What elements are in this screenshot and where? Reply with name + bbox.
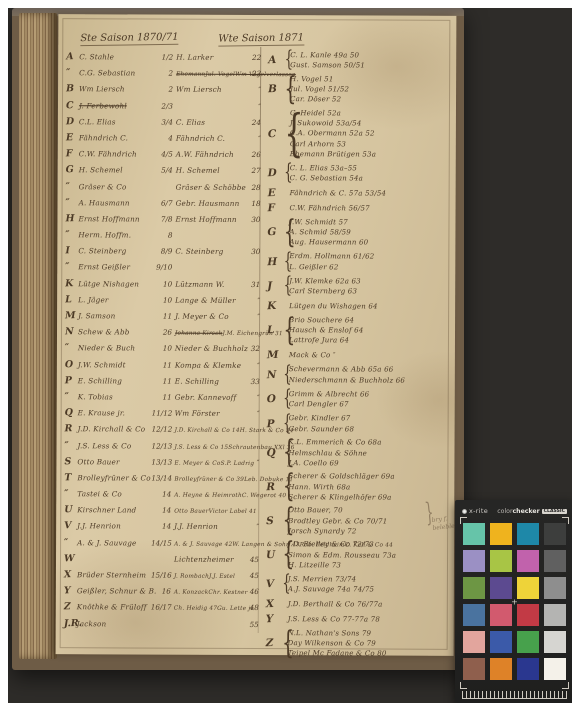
entry-1871-72: Brodtley Gebr. & Co 70/71 [288, 516, 448, 527]
entry-1871-72: K.L. Emmerich & Co 68a [289, 437, 449, 448]
color-patch [490, 523, 512, 545]
group-letter: J [267, 280, 282, 292]
color-patch [544, 577, 566, 599]
ledger-row: QE. Krause jr.11/12Wm Förster″ [65, 408, 257, 425]
entry-name-1870: L. Jäger [78, 295, 152, 304]
entry-num-1871: 27 [246, 166, 261, 175]
brace-icon: { [283, 364, 287, 386]
ledger-group: A{C. L. Kanle 49a 50Gust. Samson 50/51 [268, 49, 450, 72]
entry-1871-72: J.D. Rielley & Co 72/73 [288, 539, 448, 550]
entry-subline: Victor Label 41 [209, 509, 257, 515]
ledger-row: SOtto Bauer13/13E. Meyer & CoS.P. Ladrig… [64, 457, 256, 474]
season-title-right: Wte Saison 1871 [219, 32, 305, 46]
ledger-row: YGeißler, Schnur & B.16A. KonzackChr. Ke… [64, 586, 256, 603]
xrite-logo: x-rite [462, 507, 488, 515]
entry-num-1871: 55 [244, 620, 259, 629]
color-patch [490, 577, 512, 599]
entry-1871-72: C. G. Sebastian 54a [290, 173, 450, 184]
ledger-row: FC.W. Fähndrich4/5A.W. Fähndrich26 [66, 149, 258, 166]
ledger-row: LL. Jäger10Lange & Müller″ [65, 295, 257, 312]
entry-1871-72: Helmschlau & Söhne [288, 448, 448, 459]
group-entries: Schevermann & Abb 65a 66Niederschmann & … [289, 364, 449, 386]
group-letter: S [266, 515, 281, 527]
color-patch [517, 550, 539, 572]
ledger-row: ″Tastei & Co14A. Heyne & HeimrothC. Wege… [64, 489, 256, 506]
colorchecker-header: x-rite colorcheckerCLASSIC [455, 500, 572, 519]
entry-num-1870: 10 [152, 279, 175, 288]
brace-icon: { [284, 108, 288, 159]
group-letter: B [268, 83, 283, 95]
group-entries: J.D. Rielley & Co 72/73Simon & Edm. Rous… [288, 539, 448, 571]
entry-num-1870: 14 [151, 506, 174, 515]
entry-num-1870: 11 [152, 312, 175, 321]
entry-name-1871: Brolleyfrüner & Co 39Leb. Dobuke 11 [174, 474, 244, 484]
entry-name-1871: A. Heyne & HeimrothC. Wegerot 40 [174, 490, 244, 500]
ledger-row: ″Herm. Hoffm.8 [65, 230, 257, 247]
group-entries: J.D. Berthall & Co 76/77a [288, 599, 448, 610]
entry-1871-72: Aug. Hausermann 60 [289, 238, 449, 249]
row-letter: L [65, 295, 78, 304]
entry-subline: J.D. Kirchall & Co 14 [175, 428, 240, 434]
ledger-group: O{Grimm & Albrecht 66Carl Dengler 67 [267, 388, 449, 411]
entry-1871-72: Erdm. Hollmann 61/62 [289, 251, 449, 262]
row-letter: T [64, 473, 77, 482]
brace-icon: { [282, 628, 286, 660]
row-letter: G [66, 165, 79, 174]
entry-1871-72: J.S. Less & Co 77-77a 78 [288, 614, 448, 625]
book-page-edges [19, 13, 57, 659]
xrite-logo-icon [462, 509, 467, 514]
row-letter: K [65, 279, 78, 288]
entry-num-1870: 11 [152, 376, 175, 385]
ledger-group: E{Fähndrich & C. 57a 53/54 [268, 187, 450, 200]
entry-1871-72: Simon & Edm. Rousseau 73a [288, 550, 448, 561]
entry-subline: J.S. Less & Co 15 [174, 444, 228, 450]
entry-name-1871: Kompa & Klemke [175, 360, 245, 369]
row-letter: E [66, 133, 79, 142]
row-letter: R [64, 424, 77, 433]
ledger-row: ″Nieder & Buch10Nieder & Buchholz32 [65, 344, 257, 361]
classic-badge: CLASSIC [542, 509, 567, 514]
entry-num-1871: ″ [245, 361, 260, 370]
entry-num-1871: 28 [246, 182, 261, 191]
brace-icon: { [283, 437, 287, 469]
entry-1871-72: A. Schmid 58/59 [289, 227, 449, 238]
color-patch [517, 658, 539, 680]
ledger-group: D{C. L. Elias 53a–55C. G. Sebastian 54a [268, 162, 450, 185]
ledger-book: Ste Saison 1870/71 Wte Saison 1871 AC. S… [12, 8, 464, 670]
ledger-row: ZKnöthke & Früloff16/17Ch. Heidig 47Gu. … [64, 603, 256, 620]
entry-1871-72: G. Heidel 52a [290, 108, 450, 119]
ledger-group: J{J.W. Klemke 62a 63Carl Sternberg 63 [267, 275, 449, 298]
entry-name-1871: Gebr. Kannevoff [175, 393, 245, 402]
ledger-group: M{Mack & Co ″ [267, 349, 449, 362]
entry-name-1870: Tastei & Co [77, 489, 151, 498]
entry-name-1870: Lütge Nishagen [78, 279, 152, 288]
row-letter: V [64, 521, 77, 530]
row-letter: ″ [65, 343, 78, 352]
ledger-row: XBrüder Sternheim15/16J. RombachJ.J. Est… [64, 570, 256, 587]
ledger-row: UKirschner Land14Otto BauerVictor Label … [64, 505, 256, 522]
entry-1871-72: N.L. Nathan's Sons 79 [288, 628, 448, 639]
entry-name-1870: Ernst Geißler [78, 263, 152, 272]
entry-name-1870: Jackson [77, 619, 151, 628]
entry-subline: A. Konzack [174, 590, 209, 596]
entry-name-1871: Lützmann W. [175, 279, 245, 288]
row-letter: U [64, 505, 77, 514]
entry-name-1871: C. Steinberg [175, 247, 245, 256]
group-entries: J.W. Schmidt 57A. Schmid 58/59Aug. Hause… [289, 217, 449, 249]
group-letter: D [268, 167, 283, 179]
entry-1871-72: Day Wilkenson & Co 79 [288, 638, 448, 649]
margin-note: } bry f. beleble [431, 515, 455, 533]
center-cross-mark: + [511, 597, 518, 606]
color-patch [544, 658, 566, 680]
entry-1871-72: Scherer & Goldschläger 69a [288, 471, 448, 482]
ledger-group: C{G. Heidel 52aJ. Sukowoid 53a/54C.A. Ob… [268, 108, 450, 161]
ledger-row: PE. Schilling11E. Schilling33 [65, 376, 257, 393]
entry-num-1870: 10 [152, 295, 175, 304]
entry-1871-72: Brio Souchere 64 [289, 315, 449, 326]
entry-num-1871: ″ [245, 409, 260, 418]
group-letter: U [266, 549, 281, 561]
row-letter: S [64, 457, 77, 466]
color-patch [544, 523, 566, 545]
color-patch [463, 523, 485, 545]
entry-name-1871: Ch. Heidig 47Gu. Lette jr. [174, 603, 244, 613]
group-letter: Z [265, 637, 280, 649]
entry-name-1870: C. Steinberg [78, 246, 152, 255]
entry-name-1870: Schew & Abb [78, 327, 152, 336]
crop-mark-icon [562, 682, 569, 689]
brace-icon: { [283, 315, 287, 347]
entry-num-1870: 12/12 [152, 425, 175, 434]
group-entries: C. L. Elias 53a–55C. G. Sebastian 54a [290, 163, 450, 185]
entry-subline: Ehemann [176, 72, 205, 78]
entry-num-1871: ″ [246, 134, 261, 143]
entry-name-1871: A. & J. Sauvage 42W. Langen & Sohn 43Rob… [174, 538, 244, 548]
entry-1871-72: Lütgen du Wishagen 64 [289, 301, 449, 312]
row-letter: I [65, 246, 78, 255]
entry-1871-72: Jul. Vogel 51/52 [290, 84, 450, 95]
colorchecker-wordmark: colorcheckerCLASSIC [497, 508, 567, 515]
entry-name-1870: Fähndrich C. [79, 133, 153, 142]
entry-name-1871: Lange & Müller [175, 295, 245, 304]
entry-num-1870: 2 [153, 85, 176, 94]
entry-num-1871: ″ [245, 296, 260, 305]
entry-num-1871: 32 [245, 344, 260, 353]
entry-num-1870: 11 [152, 392, 175, 401]
group-letter: M [267, 349, 282, 361]
entry-num-1871: 45 [244, 571, 259, 580]
row-letter: ″ [65, 392, 78, 401]
entry-num-1870: 11/12 [152, 409, 175, 418]
entry-name-1870: Kirschner Land [77, 505, 151, 514]
colorchecker-card: x-rite colorcheckerCLASSIC + [455, 500, 572, 703]
entry-name-1871: Wm Liersch [176, 85, 246, 94]
entry-num-1871: 23 [246, 69, 261, 78]
group-letter: P [266, 417, 281, 429]
entry-subline: J.J. Estel [209, 574, 235, 580]
group-entries: C.W. Fähndrich 56/57 [290, 203, 450, 214]
entry-name-1870: E. Krause jr. [78, 408, 152, 417]
color-patch [463, 577, 485, 599]
row-letter: F [66, 149, 79, 158]
entry-num-1871: 26 [246, 150, 261, 159]
ledger-row: ″Ernst Geißler9/10 [65, 263, 257, 280]
entry-name-1870: E. Schilling [78, 376, 152, 385]
entry-1871-72: H. Litzeille 73 [288, 560, 448, 571]
entry-name-1870: Brüder Sternheim [77, 570, 151, 579]
group-entries: Gebr. Kindler 67Gebr. Saunder 68 [289, 413, 449, 435]
entry-subline: J. Rombach [174, 574, 209, 580]
ledger-group: Q{K.L. Emmerich & Co 68aHelmschlau & Söh… [266, 437, 448, 469]
color-patch [490, 631, 512, 653]
row-letter: B [66, 84, 79, 93]
group-entries: Brio Souchere 64Hausch & Enslof 64Lattro… [289, 315, 449, 347]
entry-1871-72: J.D. Berthall & Co 76/77a [288, 599, 448, 610]
row-letter: ″ [66, 181, 79, 190]
entry-name-1870: A. Hausmann [79, 198, 153, 207]
entry-subline: E. Meyer & Co [174, 460, 220, 466]
group-entries: K.L. Emmerich & Co 68aHelmschlau & Söhne… [288, 437, 448, 469]
ledger-row: BWm Liersch2Wm Liersch″ [66, 85, 258, 102]
ledger-group: U{J.D. Rielley & Co 72/73Simon & Edm. Ro… [266, 539, 448, 571]
brace-icon: { [283, 505, 287, 537]
entry-1871-72: Teipel Mc Fadane & Co 80 [288, 649, 448, 660]
entry-num-1871: ″ [244, 522, 259, 531]
row-letter: ″ [64, 440, 77, 449]
brace-icon: { [284, 162, 288, 184]
row-letter: C [66, 101, 79, 110]
row-letter: ″ [64, 489, 77, 498]
entry-subline: A. Heyne & Heimroth [174, 493, 242, 499]
ledger-group: H{Erdm. Hollmann 61/62L. Geißler 62 [267, 251, 449, 274]
ledger-row: MJ. Samson11J. Meyer & Co″ [65, 311, 257, 328]
entry-num-1870: 1/2 [153, 53, 176, 62]
entry-name-1870: Geißler, Schnur & B. [77, 586, 151, 595]
row-letter: P [65, 376, 78, 385]
entry-1871-72: J.W. Schmidt 57 [289, 217, 449, 228]
entry-num-1871: 18 [246, 199, 261, 208]
entry-num-1870: 11 [152, 360, 175, 369]
brace-icon: { [284, 275, 288, 297]
entry-name-1870: J.S. Less & Co [77, 441, 151, 450]
entry-num-1870: 26 [152, 328, 175, 337]
ledger-row: GH. Schemel5/4H. Schemel27 [66, 165, 258, 182]
entry-name-1870: J. Ferbewohl [79, 101, 153, 110]
entry-num-1871: 22 [246, 53, 261, 62]
entry-name-1871: EhemannJul. VogelWm Vogelverlassen [176, 69, 246, 79]
ledger-row: WLichtenzheimer45 [64, 554, 256, 571]
entry-num-1871: 46 [244, 587, 259, 596]
season-1870-71-column: AC. Stahle1/2H. Larker22″C.G. Sebastian2… [64, 52, 259, 636]
entry-num-1871: 33 [245, 377, 260, 386]
entry-num-1871: 24 [246, 118, 261, 127]
entry-1871-72: Car. Döser 52 [290, 95, 450, 106]
entry-num-1871: 31 [245, 280, 260, 289]
ledger-row: IC. Steinberg8/9C. Steinberg30 [65, 246, 257, 263]
entry-name-1870: Herm. Hoffm. [78, 230, 152, 239]
entry-1871-72: H. Vogel 51 [290, 74, 450, 85]
entry-name-1870: J.J. Henrion [77, 522, 151, 531]
row-letter: N [65, 327, 78, 336]
entry-num-1870: 16/17 [151, 603, 174, 612]
color-patch-grid: + [455, 523, 572, 680]
entry-name-1870: J.W. Schmidt [78, 360, 152, 369]
entry-num-1871: 30 [245, 215, 260, 224]
entry-1871-72: Hausch & Enslof 64 [289, 325, 449, 336]
color-patch [544, 604, 566, 626]
brace-icon: { [283, 471, 287, 503]
entry-num-1870: 8/9 [152, 247, 175, 256]
row-letter: H [65, 214, 78, 223]
photo-background: Ste Saison 1870/71 Wte Saison 1871 AC. S… [8, 8, 572, 703]
entry-subline: Chr. Kestner [208, 590, 247, 596]
entry-name-1871: Johanna KirschJ.M. Eichengrün 31 [175, 328, 245, 338]
entry-num-1870: 2/3 [153, 101, 176, 110]
entry-subline: A. & J. Sauvage 42 [174, 541, 232, 547]
entry-num-1870: 3/4 [153, 117, 176, 126]
entry-num-1870: 13/13 [151, 457, 174, 466]
entry-name-1870: Knöthke & Früloff [77, 603, 151, 612]
entry-name-1871: H. Schemel [176, 166, 246, 175]
row-letter: O [65, 360, 78, 369]
entry-name-1871: E. Schilling [175, 376, 245, 385]
group-entries: J.S. Merrien 73/74A.J. Sauvage 74a 74/75 [288, 574, 448, 596]
row-letter: Z [64, 602, 77, 611]
row-letter: ″ [64, 538, 77, 547]
entry-name-1871: Fähndrich C. [176, 134, 246, 143]
group-letter: R [266, 481, 281, 493]
entry-name-1871: H. Larker [176, 53, 246, 62]
entry-name-1871: J.S. Less & Co 15Schrautenbau XXl 36 [174, 441, 244, 451]
entry-name-1871: Otto BauerVictor Label 41 [174, 506, 244, 516]
ledger-row: NSchew & Abb26Johanna KirschJ.M. Eicheng… [65, 327, 257, 344]
entry-num-1870: 2 [153, 69, 176, 78]
entry-1871-72: J.S. Merrien 73/74 [288, 574, 448, 585]
entry-num-1871: ″ [245, 393, 260, 402]
color-patch [517, 631, 539, 653]
entry-1871-72: C.A. Obermann 52a 52 [290, 128, 450, 139]
entry-name-1871: J.J. Henrion [174, 522, 244, 531]
entry-num-1871: ″ [245, 312, 260, 321]
entry-num-1871: 30 [245, 247, 260, 256]
color-patch [517, 523, 539, 545]
entry-num-1871: ″ [246, 102, 261, 111]
entry-name-1870: C.W. Fähndrich [79, 149, 153, 158]
entry-name-1871: C. Elias [176, 117, 246, 126]
entry-1871-72: Niederschmann & Buchholz 66 [289, 375, 449, 386]
group-letter: H [267, 255, 282, 267]
entry-num-1870: 4 [153, 133, 176, 142]
ledger-row: TBrolleyfrüner & Co13/14Brolleyfrüner & … [64, 473, 256, 490]
entry-num-1871: ″ [244, 458, 259, 467]
ledger-row: ″J.S. Less & Co12/13J.S. Less & Co 15Sch… [64, 441, 256, 458]
entry-name-1870: Brolleyfrüner & Co [77, 473, 151, 482]
entry-num-1870: 7/8 [152, 214, 175, 223]
ledger-page: Ste Saison 1870/71 Wte Saison 1871 AC. S… [56, 14, 457, 656]
ledger-row: OJ.W. Schmidt11Kompa & Klemke″ [65, 360, 257, 377]
ledger-group: L{Brio Souchere 64Hausch & Enslof 64Latt… [267, 315, 449, 347]
group-letter: N [267, 368, 282, 380]
group-entries: Lütgen du Wishagen 64 [289, 301, 449, 312]
ledger-row: CJ. Ferbewohl2/3″ [66, 101, 258, 118]
brace-icon: { [284, 74, 288, 106]
group-letter: G [267, 226, 282, 238]
group-letter: F [267, 202, 282, 214]
color-patch [463, 631, 485, 653]
entry-name-1871: A.W. Fähndrich [176, 150, 246, 159]
ledger-row: J.R.Jackson55 [64, 619, 256, 636]
brace-icon: { [285, 49, 289, 71]
entry-name-1870: Nieder & Buch [78, 344, 152, 353]
row-letter: A [66, 52, 79, 61]
brace-icon: { [282, 539, 286, 571]
ledger-group: R{Scherer & Goldschläger 69aHann. Wirth … [266, 471, 448, 503]
group-letter: X [266, 598, 281, 610]
color-patch [490, 604, 512, 626]
row-letter: W [64, 554, 77, 563]
group-entries: Grimm & Albrecht 66Carl Dengler 67 [289, 389, 449, 411]
entry-name-1870: Otto Bauer [77, 457, 151, 466]
entry-num-1870: 14 [151, 490, 174, 499]
color-patch [544, 631, 566, 653]
entry-num-1870: 12/13 [151, 441, 174, 450]
brace-icon: { [284, 217, 288, 249]
ledger-group: P{Gebr. Kindler 67Gebr. Saunder 68 [267, 413, 449, 436]
brace-icon: { [284, 251, 288, 273]
entry-name-1870: C.L. Elias [79, 117, 153, 126]
group-letter: A [268, 54, 283, 66]
entry-1871-72: Mack & Co ″ [289, 350, 449, 361]
entry-name-1871: Gebr. Hausmann [176, 198, 246, 207]
entry-num-1870: 10 [152, 344, 175, 353]
entry-1871-72: Gebr. Saunder 68 [289, 424, 449, 435]
group-letter: V [266, 578, 281, 590]
group-entries: G. Heidel 52aJ. Sukowoid 53a/54C.A. Ober… [290, 108, 450, 161]
group-entries: N.L. Nathan's Sons 79Day Wilkenson & Co … [288, 628, 448, 660]
entry-name-1871: J. Meyer & Co [175, 312, 245, 321]
row-letter: ″ [65, 198, 78, 207]
color-patch [463, 658, 485, 680]
entry-1871-72: L. Geißler 62 [289, 262, 449, 273]
ledger-row: DC.L. Elias3/4C. Elias24 [66, 117, 258, 134]
entry-name-1871: A. KonzackChr. Kestner [174, 587, 244, 597]
entry-1871-72: C. L. Kanle 49a 50 [290, 50, 450, 61]
entry-name-1870: C.G. Sebastian [79, 68, 153, 77]
entry-1871-72: J.A. Coello 69 [288, 458, 448, 469]
ledger-group: Z{N.L. Nathan's Sons 79Day Wilkenson & C… [266, 628, 448, 660]
entry-name-1870: K. Tobias [78, 392, 152, 401]
group-letter: Q [266, 447, 281, 459]
color-patch [517, 577, 539, 599]
ledger-row: VJ.J. Henrion14J.J. Henrion″ [64, 522, 256, 539]
row-letter: J.R. [64, 619, 77, 628]
crop-mark-icon [460, 682, 467, 689]
entry-1871-72: Schevermann & Abb 65a 66 [289, 364, 449, 375]
row-letter: Q [65, 408, 78, 417]
group-entries: C. L. Kanle 49a 50Gust. Samson 50/51 [290, 50, 450, 72]
row-letter: ″ [65, 262, 78, 271]
ledger-row: AC. Stahle1/2H. Larker22 [66, 52, 258, 69]
entry-1871-72: J. Sukowoid 53a/54 [290, 118, 450, 129]
ledger-row: EFähndrich C.4Fähndrich C.″ [66, 133, 258, 150]
group-entries: H. Vogel 51Jul. Vogel 51/52Car. Döser 52 [290, 74, 450, 106]
entry-1871-72: C.W. Fähndrich 56/57 [290, 203, 450, 214]
row-letter: D [66, 117, 79, 126]
entry-1871-72: Gebr. Kindler 67 [289, 413, 449, 424]
